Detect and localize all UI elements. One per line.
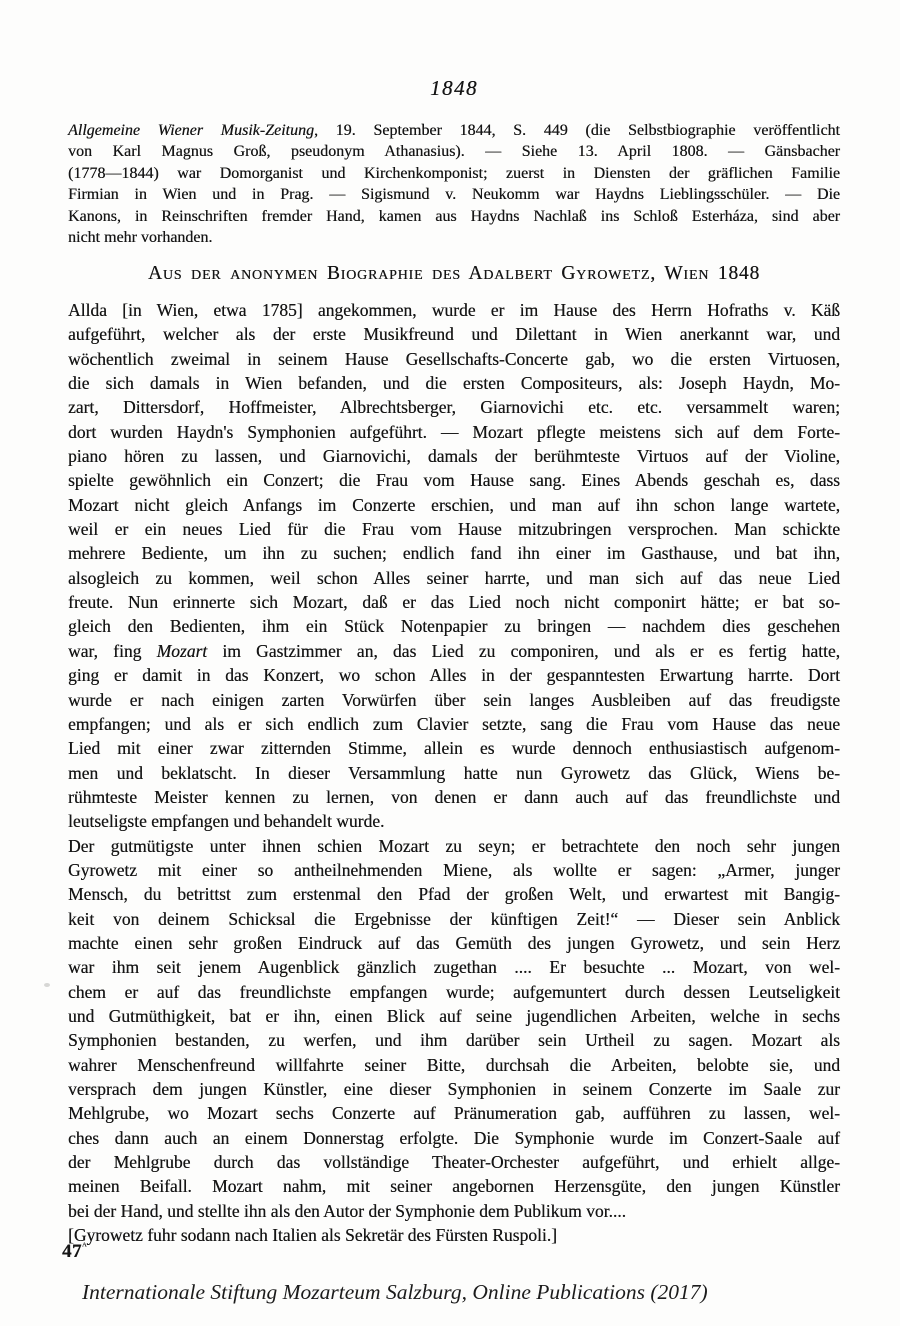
text-line: piano hören zu lassen, und Giarnovichi, … <box>68 444 840 468</box>
text-line: Symphonien bestanden, zu werfen, und ihm… <box>68 1028 840 1052</box>
publication-footer: Internationale Stiftung Mozarteum Salzbu… <box>82 1280 708 1305</box>
text-line: war, fing Mozart im Gastzimmer an, das L… <box>68 639 840 663</box>
text-line: die sich damals in Wien befanden, und di… <box>68 371 840 395</box>
source-footnote-block: Allgemeine Wiener Musik-Zeitung, 19. Sep… <box>68 120 840 248</box>
section-heading: Aus der anonymen Biographie des Adalbert… <box>68 263 840 285</box>
text-line: [Gyrowetz fuhr sodann nach Italien als S… <box>68 1223 840 1247</box>
text-line: freute. Nun erinnerte sich Mozart, daß e… <box>68 590 840 614</box>
text-line: gleich den Bedienten, ihm ein Stück Note… <box>68 614 840 638</box>
text-line: bei der Hand, und stellte ihn als den Au… <box>68 1199 840 1223</box>
text-line: Allda [in Wien, etwa 1785] angekommen, w… <box>68 298 840 322</box>
page-year-header: 1848 <box>68 76 840 101</box>
text-line: dort wurden Haydn's Symphonien aufgeführ… <box>68 420 840 444</box>
text-line: spielte gewöhnlich ein Conzert; die Frau… <box>68 468 840 492</box>
body-text-block: Allda [in Wien, etwa 1785] angekommen, w… <box>68 298 840 1247</box>
text-line: wöchentlich zweimal in seinem Hause Gese… <box>68 347 840 371</box>
text-line: nicht mehr vorhanden. <box>68 227 840 248</box>
scanned-document-page: 1848 Allgemeine Wiener Musik-Zeitung, 19… <box>0 0 900 1326</box>
text-line: keit von deinem Schicksal die Ergebnisse… <box>68 907 840 931</box>
text-line: (1778—1844) war Domorganist und Kirchenk… <box>68 163 840 184</box>
text-line: wurde er nach einigen zarten Vorwürfen ü… <box>68 688 840 712</box>
text-line: Lied mit einer zwar zitternden Stimme, a… <box>68 736 840 760</box>
text-line: rühmteste Meister kennen zu lernen, von … <box>68 785 840 809</box>
text-line: Firmian in Wien und in Prag. — Sigismund… <box>68 184 840 205</box>
text-line: Der gutmütigste unter ihnen schien Mozar… <box>68 834 840 858</box>
text-line: Mehlgrube, wo Mozart sechs Conzerte auf … <box>68 1101 840 1125</box>
text-line: zart, Dittersdorf, Hoffmeister, Albrecht… <box>68 395 840 419</box>
text-line: leutseligste empfangen und behandelt wur… <box>68 809 840 833</box>
text-line: ging er damit in das Konzert, wo schon A… <box>68 663 840 687</box>
text-line: meinen Beifall. Mozart nahm, mit seiner … <box>68 1174 840 1198</box>
text-line: war ihm seit jenem Augenblick gänzlich z… <box>68 955 840 979</box>
text-line: weil er ein neues Lied für die Frau vom … <box>68 517 840 541</box>
text-line: mehrere Bediente, um ihn zu suchen; endl… <box>68 541 840 565</box>
text-line: Allgemeine Wiener Musik-Zeitung, 19. Sep… <box>68 120 840 141</box>
text-line: und Gutmüthigkeit, bat er ihn, einen Bli… <box>68 1004 840 1028</box>
text-line: versprach dem jungen Künstler, eine dies… <box>68 1077 840 1101</box>
text-line: chem er auf das freundlichste empfangen … <box>68 980 840 1004</box>
text-line: der Mehlgrube durch das vollständige The… <box>68 1150 840 1174</box>
text-line: men und beklatscht. In dieser Versammlun… <box>68 761 840 785</box>
text-line: empfangen; und als er sich endlich zum C… <box>68 712 840 736</box>
text-line: Mensch, du betrittst zum erstenmal den P… <box>68 882 840 906</box>
page-number-value: 47 <box>62 1241 82 1262</box>
text-line: aufgeführt, welcher als der erste Musikf… <box>68 322 840 346</box>
text-line: Mozart nicht gleich Anfangs im Conzerte … <box>68 493 840 517</box>
page-number: 47ᴬ <box>62 1241 87 1263</box>
scan-artifact-speck <box>44 983 50 987</box>
text-line: machte einen sehr großen Eindruck auf da… <box>68 931 840 955</box>
text-line: Kanons, in Reinschriften fremder Hand, k… <box>68 206 840 227</box>
text-line: alsogleich zu kommen, weil schon Alles s… <box>68 566 840 590</box>
page-number-mark: ᴬ <box>82 1241 87 1253</box>
text-line: Gyrowetz mit einer so antheilnehmenden M… <box>68 858 840 882</box>
text-line: wahrer Menschenfreund willfahrte seiner … <box>68 1053 840 1077</box>
text-line: ches dann auch an einem Donnerstag erfol… <box>68 1126 840 1150</box>
text-line: von Karl Magnus Groß, pseudonym Athanasi… <box>68 141 840 162</box>
